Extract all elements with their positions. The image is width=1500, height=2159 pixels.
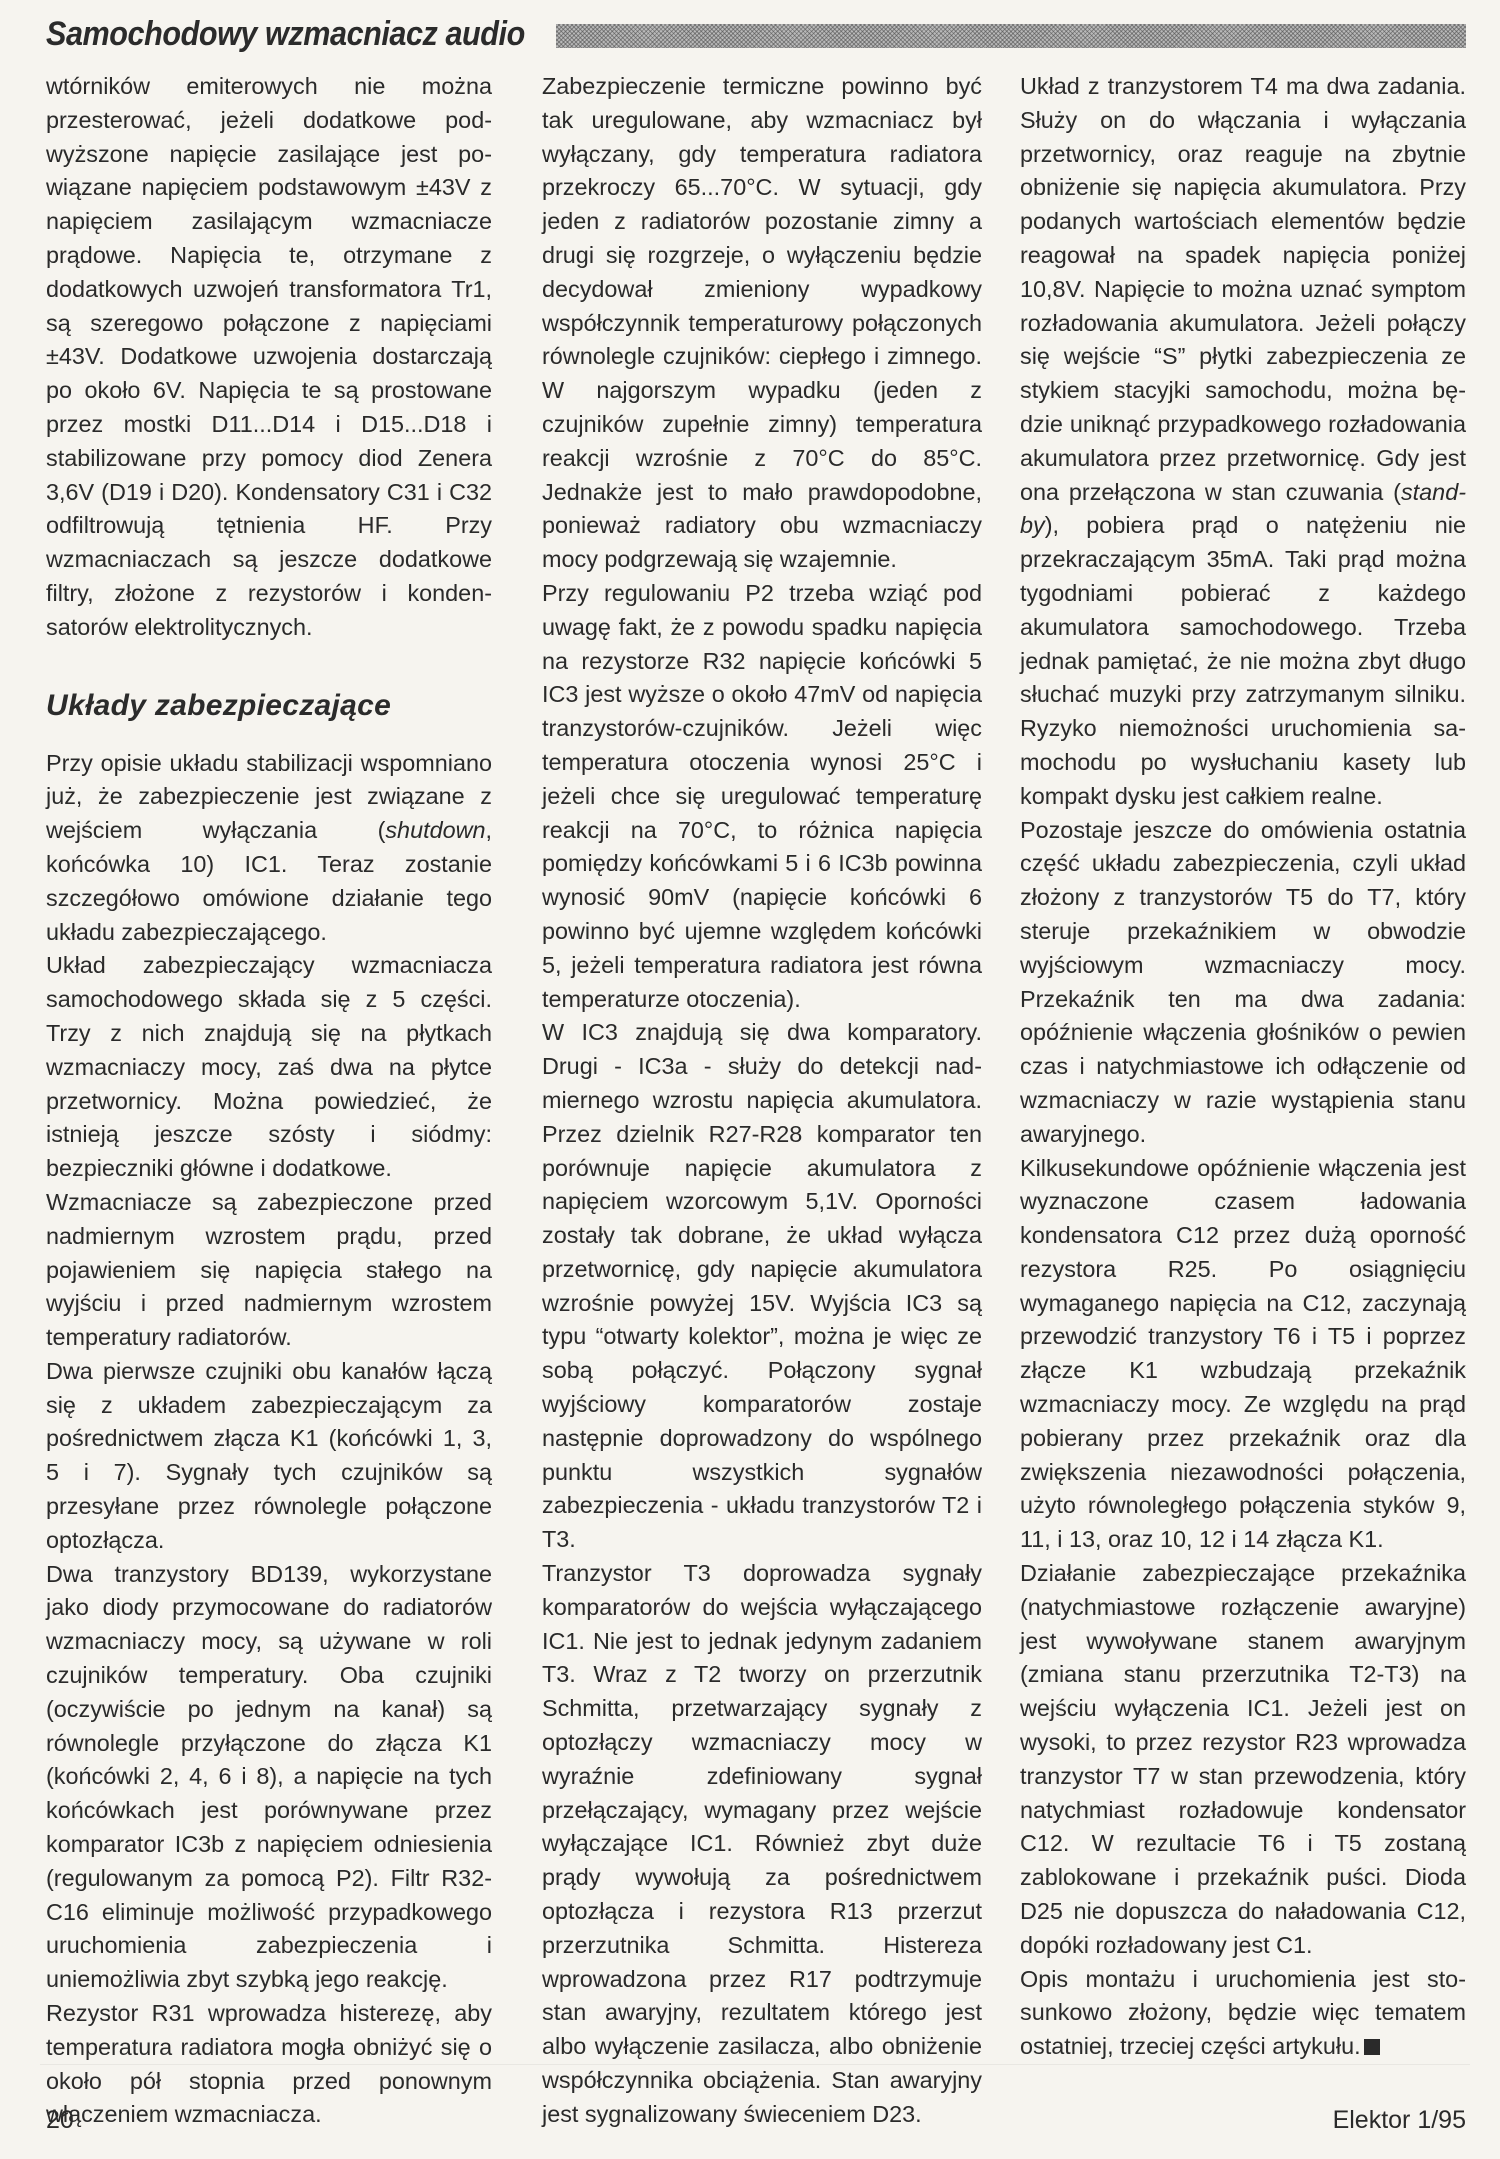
paragraph: Dwa tranzystory BD139, wykorzystane jako… xyxy=(46,1558,492,1997)
paragraph: Działanie zabezpieczające przekaźni­ka (… xyxy=(1020,1557,1466,1963)
paragraph: Opis montażu i uruchomienia jest sto­sun… xyxy=(1020,1963,1466,2064)
section-heading: Układy zabezpieczające xyxy=(46,689,492,723)
paragraph: Przy opisie układu stabilizacji wspo­mni… xyxy=(46,747,492,950)
paragraph: Wzmacniacze są zabezpieczone przed nadmi… xyxy=(46,1186,492,1355)
footer-divider xyxy=(40,2064,1470,2065)
page-header: Samochodowy wzmacniacz audio xyxy=(46,14,1466,54)
paragraph: Układ zabezpieczający wzmacniacza samoch… xyxy=(46,949,492,1186)
page-number: 20 xyxy=(46,2106,74,2135)
paragraph: Zabezpieczenie termiczne powinno być tak… xyxy=(542,70,982,577)
paragraph: Kilkusekundowe opóźnienie włączenia jest… xyxy=(1020,1152,1466,1558)
paragraph: Układ z tranzystorem T4 ma dwa za­dania.… xyxy=(1020,70,1466,814)
paragraph: W IC3 znajdują się dwa komparatory. Drug… xyxy=(542,1016,982,1557)
publication-issue: Elektor 1/95 xyxy=(1333,2106,1466,2135)
paragraph: Pozostaje jeszcze do omówienia ostatnia … xyxy=(1020,814,1466,1152)
column-3: Układ z tranzystorem T4 ma dwa za­dania.… xyxy=(1020,70,1466,2064)
paragraph: Dwa pierwsze czujniki obu kanałów łą­czą… xyxy=(46,1355,492,1558)
end-of-article-square-icon xyxy=(1364,2039,1380,2055)
paragraph: Przy regulowaniu P2 trzeba wziąć pod uwa… xyxy=(542,577,982,1016)
title-decorative-bar xyxy=(556,24,1466,48)
italic-term: shutdown xyxy=(385,817,485,843)
article-title: Samochodowy wzmacniacz audio xyxy=(46,15,525,54)
column-2: Zabezpieczenie termiczne powinno być tak… xyxy=(542,70,982,2132)
paragraph: Tranzystor T3 doprowadza sygnały kompara… xyxy=(542,1557,982,2132)
paragraph: wtórników emiterowych nie można przester… xyxy=(46,70,492,645)
column-1: wtórników emiterowych nie można przester… xyxy=(46,70,492,2132)
